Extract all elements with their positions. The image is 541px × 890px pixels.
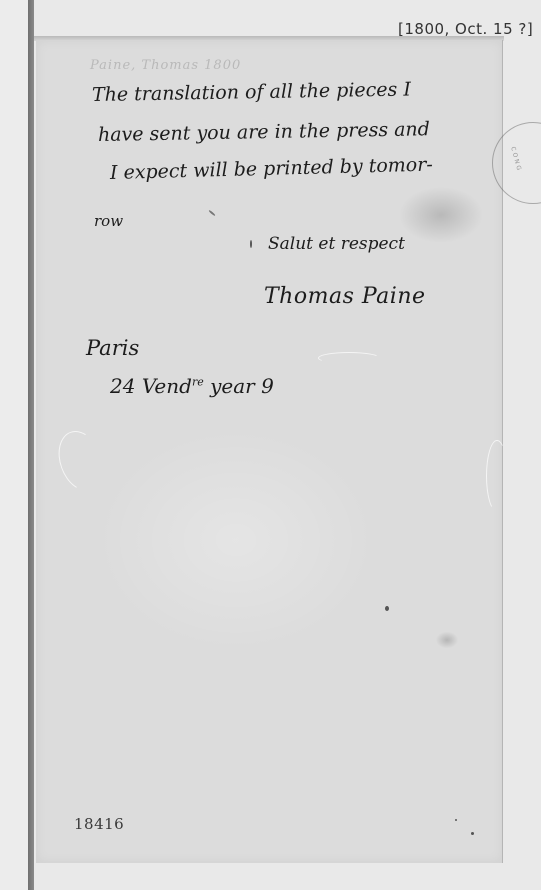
letter-place: Paris [86, 336, 139, 360]
scan-left-edge-strip [28, 0, 34, 890]
faint-bleedthrough-text: Paine, Thomas 1800 [90, 58, 241, 73]
letter-body-line-4: row [94, 212, 123, 230]
scan-scratch [486, 440, 508, 512]
date-year: year 9 [210, 374, 274, 398]
letter-closing: Salut et respect [268, 234, 405, 254]
date-month-superscript: re [192, 375, 204, 388]
catalog-date-annotation: [1800, Oct. 15 ?] [398, 20, 533, 38]
date-month: Vend [142, 374, 192, 398]
collection-item-number: 18416 [74, 815, 124, 833]
scan-fleck [471, 832, 474, 835]
scan-fleck [455, 819, 457, 821]
scan-scratch [318, 352, 380, 364]
letter-date: 24 Vendre year 9 [110, 374, 274, 398]
date-day: 24 [110, 374, 135, 398]
scan-fleck [385, 606, 389, 611]
letter-signature: Thomas Paine [264, 284, 426, 309]
scan-fleck [250, 240, 252, 248]
